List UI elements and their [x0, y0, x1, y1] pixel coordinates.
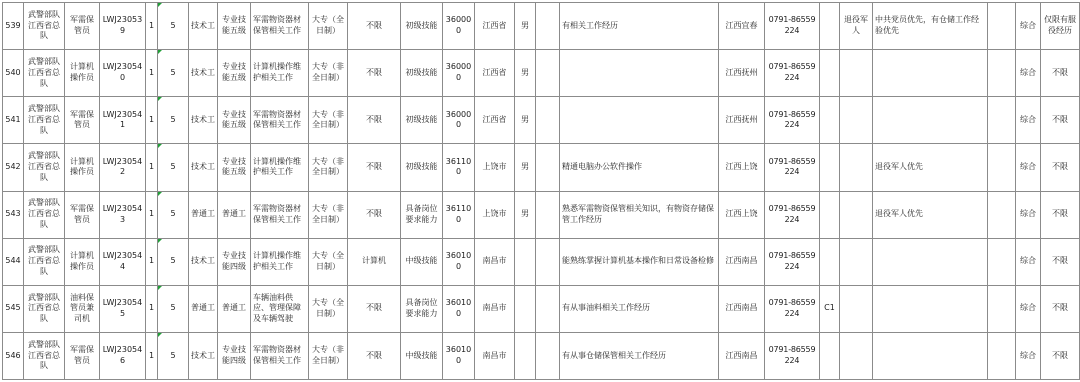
cell-unit: 武警部队江西省总队: [24, 97, 65, 144]
cell-service-restriction: 不限: [1041, 191, 1080, 238]
cell-blank-1: [536, 97, 560, 144]
cell-zipcode: 360000: [443, 3, 475, 50]
cell-headcount: 1: [146, 238, 158, 285]
cell-exam-type: 综合: [1016, 144, 1041, 191]
cell-duty: 计算机操作维护相关工作: [251, 238, 309, 285]
table-row: 542武警部队江西省总队计算机操作员LWJ23054215技术工专业技能五级计算…: [3, 144, 1080, 191]
cell-veteran: [840, 191, 873, 238]
cell-position: 军需保管员: [65, 3, 100, 50]
cell-education: 大专（非全日制）: [309, 50, 348, 97]
cell-position: 计算机操作员: [65, 50, 100, 97]
table-row: 540武警部队江西省总队计算机操作员LWJ23054015技术工专业技能五级计算…: [3, 50, 1080, 97]
cell-phone: 0791-86559224: [765, 285, 820, 332]
cell-condition: 精通电脑办公软件操作: [560, 144, 719, 191]
cell-zipcode: 360100: [443, 332, 475, 379]
cell-blank-2: [988, 50, 1016, 97]
cell-service-restriction: 仅限有服役经历: [1041, 3, 1080, 50]
cell-duty: 军需物资器材保管相关工作: [251, 332, 309, 379]
cell-condition: [560, 50, 719, 97]
cell-veteran: [840, 50, 873, 97]
cell-blank-2: [988, 97, 1016, 144]
cell-exam-type: 综合: [1016, 50, 1041, 97]
cell-code: LWJ230543: [100, 191, 146, 238]
cell-veteran: [840, 144, 873, 191]
cell-skill-requirement: 普通工: [218, 285, 251, 332]
cell-blank-2: [988, 3, 1016, 50]
cell-priority-note: [873, 332, 988, 379]
cell-zipcode: 361100: [443, 191, 475, 238]
cell-headcount: 1: [146, 97, 158, 144]
cell-work-location: 江西抚州: [719, 97, 765, 144]
cell-seq: 546: [3, 332, 24, 379]
cell-blank-1: [536, 332, 560, 379]
cell-worker-type: 技术工: [189, 144, 218, 191]
cell-veteran: 退役军人: [840, 3, 873, 50]
cell-seq: 543: [3, 191, 24, 238]
cell-work-location: 江西上饶: [719, 191, 765, 238]
cell-phone: 0791-86559224: [765, 191, 820, 238]
cell-blank-1: [536, 191, 560, 238]
cell-ability-level: 初级技能: [401, 144, 443, 191]
cell-worker-type: 技术工: [189, 332, 218, 379]
cell-years: 5: [158, 191, 189, 238]
table-row: 544武警部队江西省总队计算机操作员LWJ23054415技术工专业技能四级计算…: [3, 238, 1080, 285]
cell-veteran: [840, 332, 873, 379]
cell-headcount: 1: [146, 50, 158, 97]
cell-veteran: [840, 285, 873, 332]
cell-priority-note: [873, 285, 988, 332]
table-row: 543武警部队江西省总队军需保管员LWJ23054315普通工普通工军需物资器材…: [3, 191, 1080, 238]
cell-unit: 武警部队江西省总队: [24, 3, 65, 50]
cell-duty: 车辆油料供应、管理保障及车辆驾驶: [251, 285, 309, 332]
cell-work-location: 江西宜春: [719, 3, 765, 50]
cell-region: 南昌市: [475, 238, 515, 285]
cell-education: 大专（非全日制）: [309, 144, 348, 191]
cell-priority-note: [873, 97, 988, 144]
cell-zipcode: 360000: [443, 97, 475, 144]
cell-code: LWJ230540: [100, 50, 146, 97]
cell-duty: 军需物资器材保管相关工作: [251, 97, 309, 144]
cell-skill-requirement: 专业技能五级: [218, 144, 251, 191]
cell-exam-type: 综合: [1016, 285, 1041, 332]
cell-headcount: 1: [146, 332, 158, 379]
cell-corner-flag-icon: [158, 286, 162, 290]
cell-skill-requirement: 专业技能五级: [218, 3, 251, 50]
cell-corner-flag-icon: [158, 333, 162, 337]
cell-blank-2: [988, 191, 1016, 238]
cell-seq: 542: [3, 144, 24, 191]
cell-years: 5: [158, 50, 189, 97]
cell-service-restriction: 不限: [1041, 144, 1080, 191]
cell-worker-type: 技术工: [189, 97, 218, 144]
cell-gender: 男: [515, 97, 536, 144]
cell-skill-requirement: 专业技能五级: [218, 50, 251, 97]
cell-seq: 544: [3, 238, 24, 285]
cell-worker-type: 普通工: [189, 285, 218, 332]
cell-condition: 熟悉军需物资保管相关知识，有物资存储保管工作经历: [560, 191, 719, 238]
cell-headcount: 1: [146, 144, 158, 191]
cell-priority-note: 中共党员优先，有仓储工作经验优先: [873, 3, 988, 50]
cell-gender: [515, 285, 536, 332]
cell-service-restriction: 不限: [1041, 285, 1080, 332]
cell-gender: 男: [515, 50, 536, 97]
cell-corner-flag-icon: [158, 50, 162, 54]
cell-exam-type: 综合: [1016, 97, 1041, 144]
cell-major: 不限: [348, 191, 401, 238]
cell-zipcode: 360000: [443, 50, 475, 97]
cell-priority-note: 退役军人优先: [873, 144, 988, 191]
cell-exam-type: 综合: [1016, 332, 1041, 379]
cell-position: 军需保管员: [65, 97, 100, 144]
cell-unit: 武警部队江西省总队: [24, 332, 65, 379]
cell-major: 不限: [348, 97, 401, 144]
cell-exam-type: 综合: [1016, 191, 1041, 238]
cell-gender: [515, 238, 536, 285]
cell-years: 5: [158, 144, 189, 191]
cell-phone: 0791-86559224: [765, 238, 820, 285]
cell-veteran: [840, 97, 873, 144]
job-listing-table-wrap: 539武警部队江西省总队军需保管员LWJ23053915技术工专业技能五级军需物…: [2, 2, 1079, 380]
job-listing-table: 539武警部队江西省总队军需保管员LWJ23053915技术工专业技能五级军需物…: [2, 2, 1080, 380]
cell-condition: 能熟练掌握计算机基本操作和日常设备检修: [560, 238, 719, 285]
cell-ability-level: 中级技能: [401, 238, 443, 285]
cell-region: 上饶市: [475, 144, 515, 191]
cell-major: 不限: [348, 285, 401, 332]
cell-ability-level: 初级技能: [401, 50, 443, 97]
cell-seq: 540: [3, 50, 24, 97]
cell-major: 不限: [348, 144, 401, 191]
cell-phone: 0791-86559224: [765, 50, 820, 97]
cell-driver-license: [820, 238, 840, 285]
cell-education: 大专（非全日制）: [309, 332, 348, 379]
cell-education: 大专（全日制）: [309, 238, 348, 285]
cell-corner-flag-icon: [158, 97, 162, 101]
cell-service-restriction: 不限: [1041, 332, 1080, 379]
cell-blank-1: [536, 50, 560, 97]
cell-blank-2: [988, 238, 1016, 285]
cell-blank-1: [536, 238, 560, 285]
cell-work-location: 江西南昌: [719, 238, 765, 285]
cell-education: 大专（全日制）: [309, 285, 348, 332]
cell-driver-license: [820, 3, 840, 50]
cell-years: 5: [158, 3, 189, 50]
cell-years: 5: [158, 238, 189, 285]
cell-driver-license: C1: [820, 285, 840, 332]
cell-duty: 军需物资器材保管相关工作: [251, 3, 309, 50]
cell-driver-license: [820, 332, 840, 379]
cell-duty: 计算机操作维护相关工作: [251, 144, 309, 191]
job-table-body: 539武警部队江西省总队军需保管员LWJ23053915技术工专业技能五级军需物…: [3, 3, 1080, 380]
cell-exam-type: 综合: [1016, 3, 1041, 50]
cell-major: 不限: [348, 3, 401, 50]
cell-corner-flag-icon: [158, 144, 162, 148]
cell-priority-note: 退役军人优先: [873, 191, 988, 238]
cell-position: 计算机操作员: [65, 238, 100, 285]
cell-unit: 武警部队江西省总队: [24, 285, 65, 332]
cell-corner-flag-icon: [158, 192, 162, 196]
cell-headcount: 1: [146, 285, 158, 332]
cell-code: LWJ230545: [100, 285, 146, 332]
cell-years: 5: [158, 332, 189, 379]
cell-gender: 男: [515, 3, 536, 50]
cell-worker-type: 技术工: [189, 238, 218, 285]
cell-worker-type: 技术工: [189, 3, 218, 50]
cell-ability-level: 初级技能: [401, 97, 443, 144]
cell-blank-2: [988, 285, 1016, 332]
cell-position: 军需保管员: [65, 191, 100, 238]
cell-corner-flag-icon: [158, 3, 162, 7]
cell-duty: 计算机操作维护相关工作: [251, 50, 309, 97]
cell-headcount: 1: [146, 3, 158, 50]
cell-blank-2: [988, 332, 1016, 379]
cell-driver-license: [820, 97, 840, 144]
cell-phone: 0791-86559224: [765, 97, 820, 144]
cell-duty: 军需物资器材保管相关工作: [251, 191, 309, 238]
cell-phone: 0791-86559224: [765, 332, 820, 379]
table-row: 539武警部队江西省总队军需保管员LWJ23053915技术工专业技能五级军需物…: [3, 3, 1080, 50]
cell-veteran: [840, 238, 873, 285]
cell-seq: 539: [3, 3, 24, 50]
cell-seq: 541: [3, 97, 24, 144]
cell-education: 大专（非全日制）: [309, 97, 348, 144]
cell-work-location: 江西南昌: [719, 285, 765, 332]
cell-seq: 545: [3, 285, 24, 332]
cell-work-location: 江西上饶: [719, 144, 765, 191]
cell-priority-note: [873, 50, 988, 97]
cell-condition: 有从事仓储保管相关工作经历: [560, 332, 719, 379]
cell-skill-requirement: 专业技能五级: [218, 97, 251, 144]
cell-region: 江西省: [475, 97, 515, 144]
cell-major: 计算机: [348, 238, 401, 285]
cell-service-restriction: 不限: [1041, 238, 1080, 285]
cell-position: 油料保管员兼司机: [65, 285, 100, 332]
cell-zipcode: 360100: [443, 238, 475, 285]
cell-code: LWJ230544: [100, 238, 146, 285]
cell-condition: 有从事油料相关工作经历: [560, 285, 719, 332]
cell-region: 南昌市: [475, 285, 515, 332]
cell-skill-requirement: 普通工: [218, 191, 251, 238]
cell-ability-level: 具备岗位要求能力: [401, 191, 443, 238]
cell-major: 不限: [348, 332, 401, 379]
cell-worker-type: 普通工: [189, 191, 218, 238]
cell-education: 大专（全日制）: [309, 3, 348, 50]
cell-unit: 武警部队江西省总队: [24, 238, 65, 285]
cell-region: 江西省: [475, 50, 515, 97]
cell-phone: 0791-86559224: [765, 3, 820, 50]
cell-unit: 武警部队江西省总队: [24, 144, 65, 191]
cell-ability-level: 具备岗位要求能力: [401, 285, 443, 332]
cell-blank-1: [536, 285, 560, 332]
cell-ability-level: 中级技能: [401, 332, 443, 379]
cell-major: 不限: [348, 50, 401, 97]
cell-phone: 0791-86559224: [765, 144, 820, 191]
cell-blank-2: [988, 144, 1016, 191]
table-row: 541武警部队江西省总队军需保管员LWJ23054115技术工专业技能五级军需物…: [3, 97, 1080, 144]
cell-blank-1: [536, 144, 560, 191]
cell-ability-level: 初级技能: [401, 3, 443, 50]
cell-condition: 有相关工作经历: [560, 3, 719, 50]
cell-driver-license: [820, 144, 840, 191]
cell-code: LWJ230546: [100, 332, 146, 379]
cell-exam-type: 综合: [1016, 238, 1041, 285]
cell-blank-1: [536, 3, 560, 50]
cell-zipcode: 361100: [443, 144, 475, 191]
cell-code: LWJ230539: [100, 3, 146, 50]
cell-service-restriction: 不限: [1041, 97, 1080, 144]
cell-zipcode: 360100: [443, 285, 475, 332]
table-row: 545武警部队江西省总队油料保管员兼司机LWJ23054515普通工普通工车辆油…: [3, 285, 1080, 332]
cell-years: 5: [158, 285, 189, 332]
cell-position: 军需保管员: [65, 332, 100, 379]
cell-work-location: 江西南昌: [719, 332, 765, 379]
cell-education: 大专（非全日制）: [309, 191, 348, 238]
cell-code: LWJ230541: [100, 97, 146, 144]
cell-region: 江西省: [475, 3, 515, 50]
cell-gender: 男: [515, 144, 536, 191]
cell-skill-requirement: 专业技能四级: [218, 238, 251, 285]
cell-priority-note: [873, 238, 988, 285]
cell-driver-license: [820, 191, 840, 238]
cell-headcount: 1: [146, 191, 158, 238]
cell-years: 5: [158, 97, 189, 144]
cell-worker-type: 技术工: [189, 50, 218, 97]
cell-service-restriction: 不限: [1041, 50, 1080, 97]
cell-unit: 武警部队江西省总队: [24, 50, 65, 97]
cell-skill-requirement: 专业技能四级: [218, 332, 251, 379]
cell-position: 计算机操作员: [65, 144, 100, 191]
cell-unit: 武警部队江西省总队: [24, 191, 65, 238]
table-row: 546武警部队江西省总队军需保管员LWJ23054615技术工专业技能四级军需物…: [3, 332, 1080, 379]
cell-gender: 男: [515, 191, 536, 238]
cell-gender: [515, 332, 536, 379]
cell-work-location: 江西抚州: [719, 50, 765, 97]
cell-region: 上饶市: [475, 191, 515, 238]
cell-driver-license: [820, 50, 840, 97]
cell-corner-flag-icon: [158, 239, 162, 243]
cell-code: LWJ230542: [100, 144, 146, 191]
cell-condition: [560, 97, 719, 144]
cell-region: 南昌市: [475, 332, 515, 379]
